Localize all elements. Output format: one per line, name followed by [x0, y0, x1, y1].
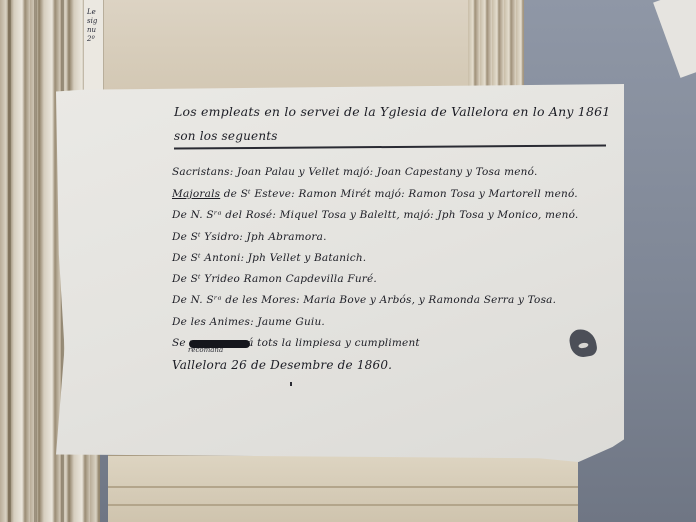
side-slip-text: Le sig nu 2º	[87, 8, 103, 44]
title-underline	[174, 144, 606, 149]
entry-sacristans: Sacristans: Joan Palau y Vellet majó: Jo…	[172, 166, 538, 178]
handwritten-document: Los empleats en lo servei de la Yglesia …	[56, 84, 624, 462]
entry-label: De N. Sʳᵃ del Rosé:	[172, 209, 276, 221]
back-page	[98, 0, 523, 92]
back-page-edges	[468, 0, 524, 92]
entry-text: Maria Bove y Arbós, y Ramonda Serra y To…	[300, 294, 556, 306]
entry-text: Jaume Guiu.	[254, 316, 325, 328]
ink-stain	[568, 327, 598, 359]
side-slip: Le sig nu 2º	[84, 0, 104, 92]
fold-line	[108, 486, 578, 488]
entry-label: Sacristans:	[172, 166, 233, 178]
struck-word: recomana	[189, 337, 243, 349]
fold-line	[108, 504, 578, 506]
entry-animes: De les Animes: Jaume Guiu.	[172, 316, 325, 328]
closing-rest: á tots la limpiesa y cumpliment	[244, 337, 420, 349]
entry-nsra-rose: De N. Sʳᵃ del Rosé: Miquel Tosa y Balelt…	[172, 209, 578, 221]
right-sheet-corner	[653, 0, 696, 78]
date-line: Vallelora 26 de Desembre de 1860.	[172, 358, 392, 372]
closing-line: Se recomana á tots la limpiesa y cumplim…	[172, 337, 420, 349]
entry-st-antoni: De Sᵗ Antoni: Jph Vellet y Batanich.	[172, 252, 366, 264]
entry-text: Joan Palau y Vellet majó: Joan Capestany…	[233, 166, 537, 178]
entry-text: Jph Vellet y Batanich.	[244, 252, 366, 264]
entry-st-yrideo: De Sᵗ Yrideo Ramon Capdevilla Furé.	[172, 273, 377, 285]
entry-text: Ramon Capdevilla Furé.	[240, 273, 377, 285]
entry-text: Miquel Tosa y Baleltt, majó: Jph Tosa y …	[276, 209, 578, 221]
document-title-line-2: son los seguents	[174, 129, 278, 143]
ink-mark	[290, 382, 292, 386]
under-page-bottom	[108, 455, 578, 522]
page-edge	[8, 0, 11, 522]
page-edge	[34, 0, 37, 522]
entry-st-ysidro: De Sᵗ Ysidro: Jph Abramora.	[172, 231, 327, 243]
entry-nsra-mores: De N. Sʳᵃ de les Mores: Maria Bove y Arb…	[172, 294, 556, 306]
document-title-line-1: Los empleats en lo servei de la Yglesia …	[174, 104, 610, 119]
entry-label: De les Animes:	[172, 316, 254, 328]
entry-label: De N. Sʳᵃ de les Mores:	[172, 294, 300, 306]
entry-label: De Sᵗ Antoni:	[172, 252, 244, 264]
entry-text: Jph Abramora.	[243, 231, 327, 243]
entry-label: Majorals	[172, 188, 220, 200]
closing-prefix: Se	[172, 337, 186, 349]
entry-label: De Sᵗ Ysidro:	[172, 231, 243, 243]
entry-text: de Sᵗ Esteve: Ramon Mirét majó: Ramon To…	[220, 188, 578, 200]
entry-majorals-st-esteve: Majorals de Sᵗ Esteve: Ramon Mirét majó:…	[172, 188, 578, 200]
entry-label: De Sᵗ Yrideo	[172, 273, 240, 285]
